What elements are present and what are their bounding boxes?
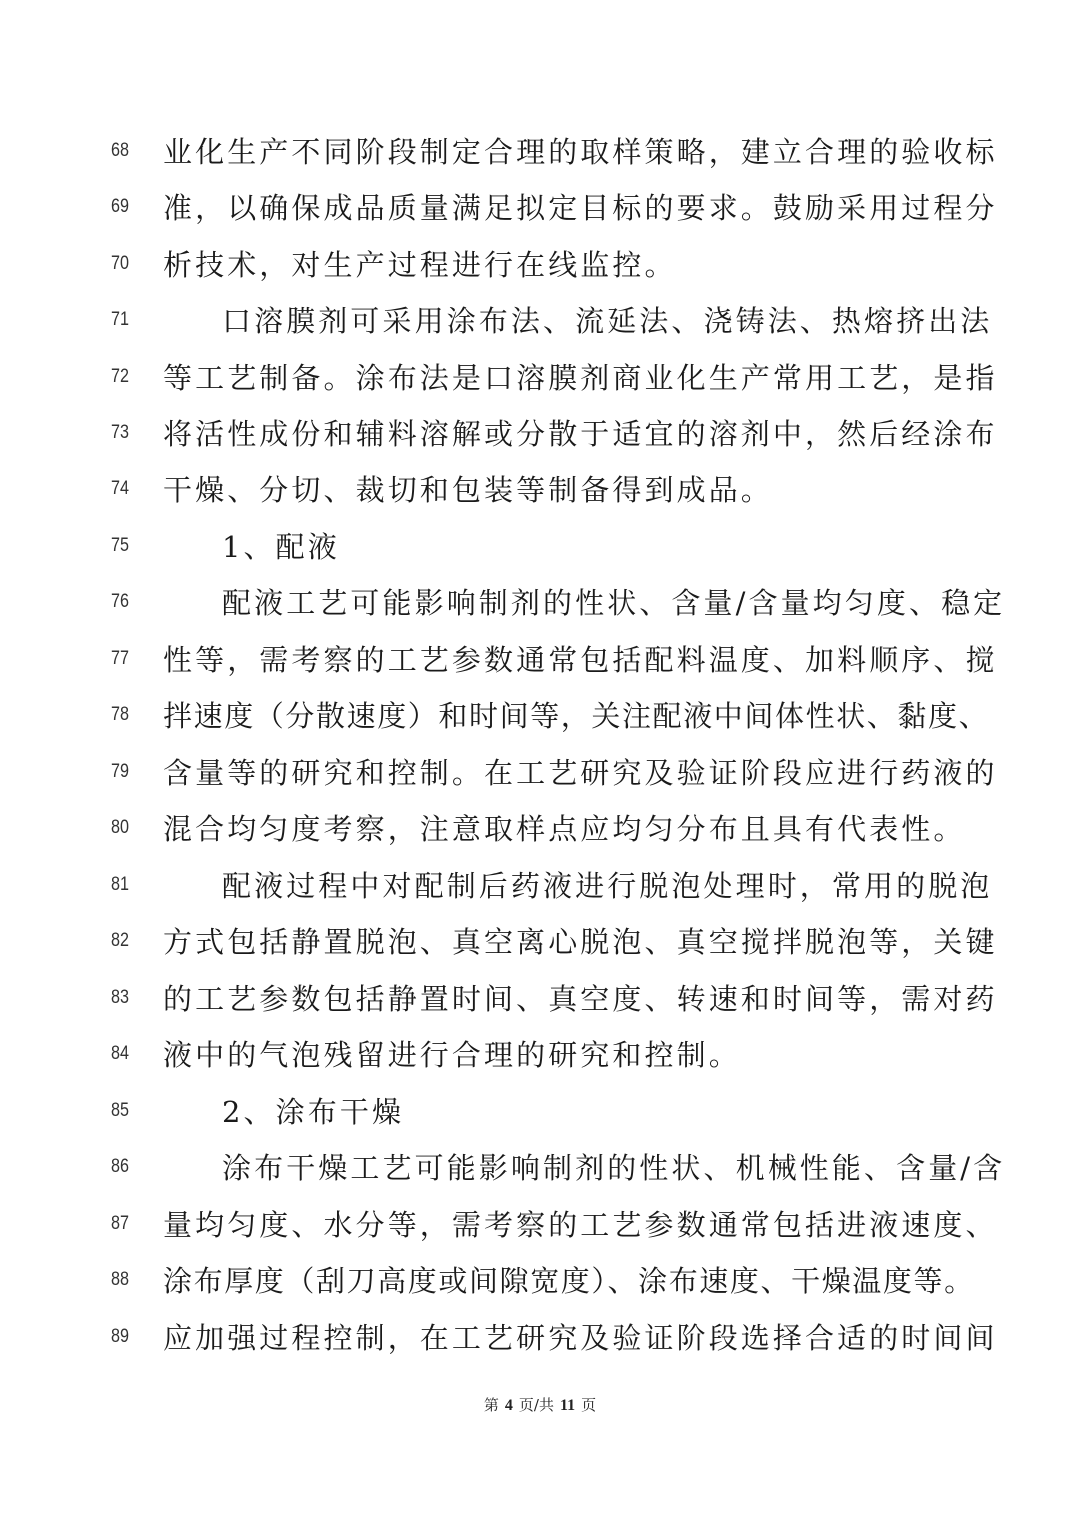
line-number: 76: [103, 591, 137, 613]
line-number: 79: [103, 761, 137, 783]
document-line: 74 干燥、分切、裁切和包装等制备得到成品。: [0, 462, 1080, 518]
document-line: 73 将活性成份和辅料溶解或分散于适宜的溶剂中，然后经涂布: [0, 406, 1080, 462]
line-text: 混合均匀度考察，注意取样点应均匀分布且具有代表性。: [163, 807, 923, 848]
line-number: 88: [103, 1269, 137, 1291]
line-number: 72: [103, 366, 137, 388]
line-number: 81: [103, 874, 137, 896]
paragraph-start-text: 口溶膜剂可采用涂布法、流延法、浇铸法、热熔挤出法: [222, 299, 982, 340]
document-line: 69 准，以确保成品质量满足拟定目标的要求。鼓励采用过程分: [0, 180, 1080, 236]
page-footer: 第4页/共11页: [0, 1394, 1080, 1415]
total-pages-number: 11: [560, 1397, 575, 1414]
line-number: 87: [103, 1213, 137, 1235]
document-line: 79 含量等的研究和控制。在工艺研究及验证阶段应进行药液的: [0, 745, 1080, 801]
line-text: 涂布厚度（刮刀高度或间隙宽度）、涂布速度、干燥温度等。: [163, 1259, 923, 1300]
line-text: 准，以确保成品质量满足拟定目标的要求。鼓励采用过程分: [163, 186, 923, 227]
line-number: 85: [103, 1100, 137, 1122]
section-heading: 2、涂布干燥: [222, 1090, 982, 1131]
footer-middle: 页/共: [519, 1396, 554, 1414]
line-number: 69: [103, 196, 137, 218]
document-line: 82 方式包括静置脱泡、真空离心脱泡、真空搅拌脱泡等，关键: [0, 914, 1080, 970]
line-text: 性等，需考察的工艺参数通常包括配料温度、加料顺序、搅: [163, 638, 923, 679]
line-number: 73: [103, 422, 137, 444]
line-text: 含量等的研究和控制。在工艺研究及验证阶段应进行药液的: [163, 751, 923, 792]
line-text: 应加强过程控制，在工艺研究及验证阶段选择合适的时间间: [163, 1316, 923, 1357]
line-text: 方式包括静置脱泡、真空离心脱泡、真空搅拌脱泡等，关键: [163, 920, 923, 961]
line-text: 量均匀度、水分等，需考察的工艺参数通常包括进液速度、: [163, 1203, 923, 1244]
current-page-number: 4: [505, 1397, 513, 1414]
line-number: 86: [103, 1156, 137, 1178]
line-number: 75: [103, 535, 137, 557]
line-number: 77: [103, 648, 137, 670]
line-text: 等工艺制备。涂布法是口溶膜剂商业化生产常用工艺，是指: [163, 356, 923, 397]
document-line: 86 涂布干燥工艺可能影响制剂的性状、机械性能、含量/含: [0, 1140, 1080, 1196]
document-line: 72 等工艺制备。涂布法是口溶膜剂商业化生产常用工艺，是指: [0, 350, 1080, 406]
line-text: 液中的气泡残留进行合理的研究和控制。: [163, 1033, 923, 1074]
document-line: 80 混合均匀度考察，注意取样点应均匀分布且具有代表性。: [0, 801, 1080, 857]
document-line: 83 的工艺参数包括静置时间、真空度、转速和时间等，需对药: [0, 971, 1080, 1027]
line-number: 78: [103, 704, 137, 726]
line-number: 80: [103, 817, 137, 839]
document-line: 88 涂布厚度（刮刀高度或间隙宽度）、涂布速度、干燥温度等。: [0, 1253, 1080, 1309]
line-number: 89: [103, 1326, 137, 1348]
document-line: 70 析技术，对生产过程进行在线监控。: [0, 237, 1080, 293]
footer-suffix: 页: [581, 1396, 596, 1414]
document-line: 68 业化生产不同阶段制定合理的取样策略，建立合理的验收标: [0, 124, 1080, 180]
line-number: 82: [103, 930, 137, 952]
section-heading: 1、配液: [222, 525, 982, 566]
document-line: 87 量均匀度、水分等，需考察的工艺参数通常包括进液速度、: [0, 1197, 1080, 1253]
line-text: 将活性成份和辅料溶解或分散于适宜的溶剂中，然后经涂布: [163, 412, 923, 453]
document-line: 81 配液过程中对配制后药液进行脱泡处理时，常用的脱泡: [0, 858, 1080, 914]
document-line: 85 2、涂布干燥: [0, 1084, 1080, 1140]
document-line: 75 1、配液: [0, 519, 1080, 575]
line-number: 70: [103, 253, 137, 275]
document-line: 84 液中的气泡残留进行合理的研究和控制。: [0, 1027, 1080, 1083]
line-number: 71: [103, 309, 137, 331]
document-line: 78 拌速度（分散速度）和时间等，关注配液中间体性状、黏度、: [0, 688, 1080, 744]
document-page: 68 业化生产不同阶段制定合理的取样策略，建立合理的验收标 69 准，以确保成品…: [0, 0, 1080, 1527]
paragraph-start-text: 涂布干燥工艺可能影响制剂的性状、机械性能、含量/含: [222, 1146, 982, 1187]
paragraph-start-text: 配液工艺可能影响制剂的性状、含量/含量均匀度、稳定: [222, 581, 982, 622]
document-line: 71 口溶膜剂可采用涂布法、流延法、浇铸法、热熔挤出法: [0, 293, 1080, 349]
line-text: 拌速度（分散速度）和时间等，关注配液中间体性状、黏度、: [163, 694, 923, 735]
line-text: 析技术，对生产过程进行在线监控。: [163, 243, 923, 284]
line-number: 83: [103, 987, 137, 1009]
document-line: 77 性等，需考察的工艺参数通常包括配料温度、加料顺序、搅: [0, 632, 1080, 688]
line-text: 干燥、分切、裁切和包装等制备得到成品。: [163, 468, 923, 509]
document-line: 89 应加强过程控制，在工艺研究及验证阶段选择合适的时间间: [0, 1310, 1080, 1366]
footer-prefix: 第: [484, 1396, 499, 1414]
line-number: 84: [103, 1043, 137, 1065]
document-line: 76 配液工艺可能影响制剂的性状、含量/含量均匀度、稳定: [0, 575, 1080, 631]
line-number: 68: [103, 140, 137, 162]
line-text: 业化生产不同阶段制定合理的取样策略，建立合理的验收标: [163, 130, 923, 171]
line-number: 74: [103, 478, 137, 500]
line-text: 的工艺参数包括静置时间、真空度、转速和时间等，需对药: [163, 977, 923, 1018]
paragraph-start-text: 配液过程中对配制后药液进行脱泡处理时，常用的脱泡: [222, 864, 982, 905]
